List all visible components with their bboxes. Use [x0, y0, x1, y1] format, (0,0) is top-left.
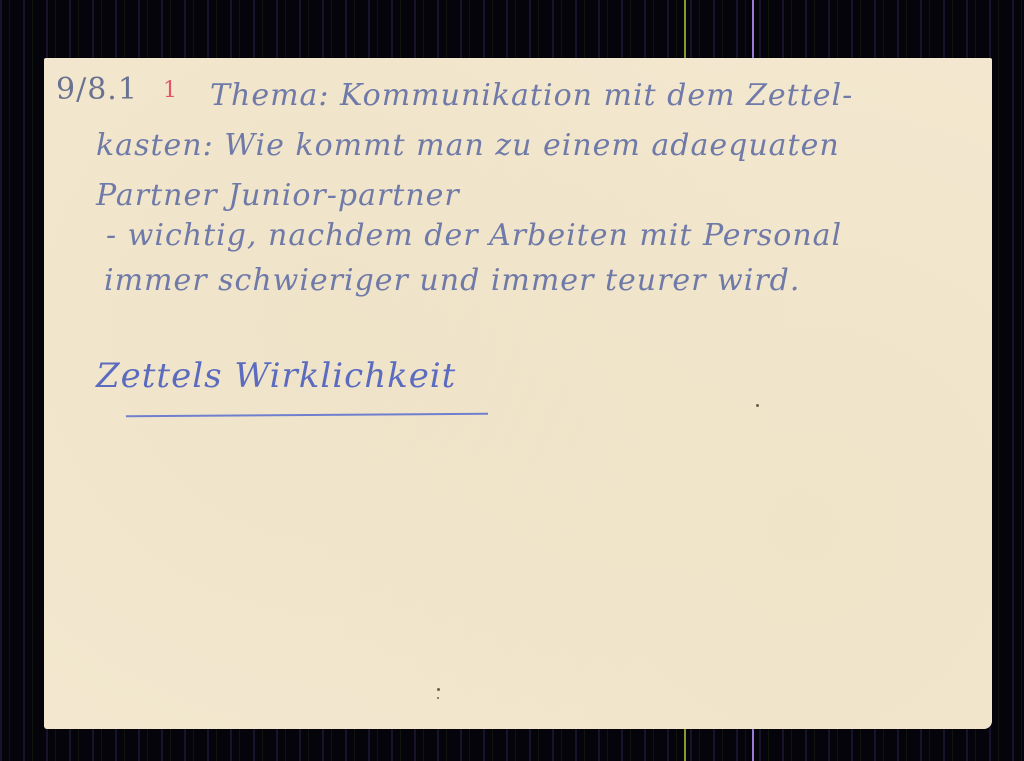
index-card: 9/8.1 1 Thema: Kommunikation mit dem Zet…	[44, 58, 992, 729]
text-line-5: immer schwieriger und immer teurer wird.	[104, 263, 800, 298]
heading-underline	[126, 413, 488, 418]
paper-speck	[437, 697, 439, 699]
red-marker: 1	[163, 78, 178, 103]
heading-zettels-wirklichkeit: Zettels Wirklichkeit	[96, 356, 456, 396]
text-line-4: - wichtig, nachdem der Arbeiten mit Pers…	[106, 218, 842, 253]
text-line-1: Thema: Kommunikation mit dem Zettel-	[210, 78, 853, 113]
reference-number: 9/8.1	[56, 72, 138, 107]
text-line-2: kasten: Wie kommt man zu einem adaequate…	[96, 128, 840, 163]
paper-speck	[437, 688, 440, 691]
paper-speck	[756, 404, 759, 407]
text-line-3: Partner Junior-partner	[96, 178, 460, 213]
